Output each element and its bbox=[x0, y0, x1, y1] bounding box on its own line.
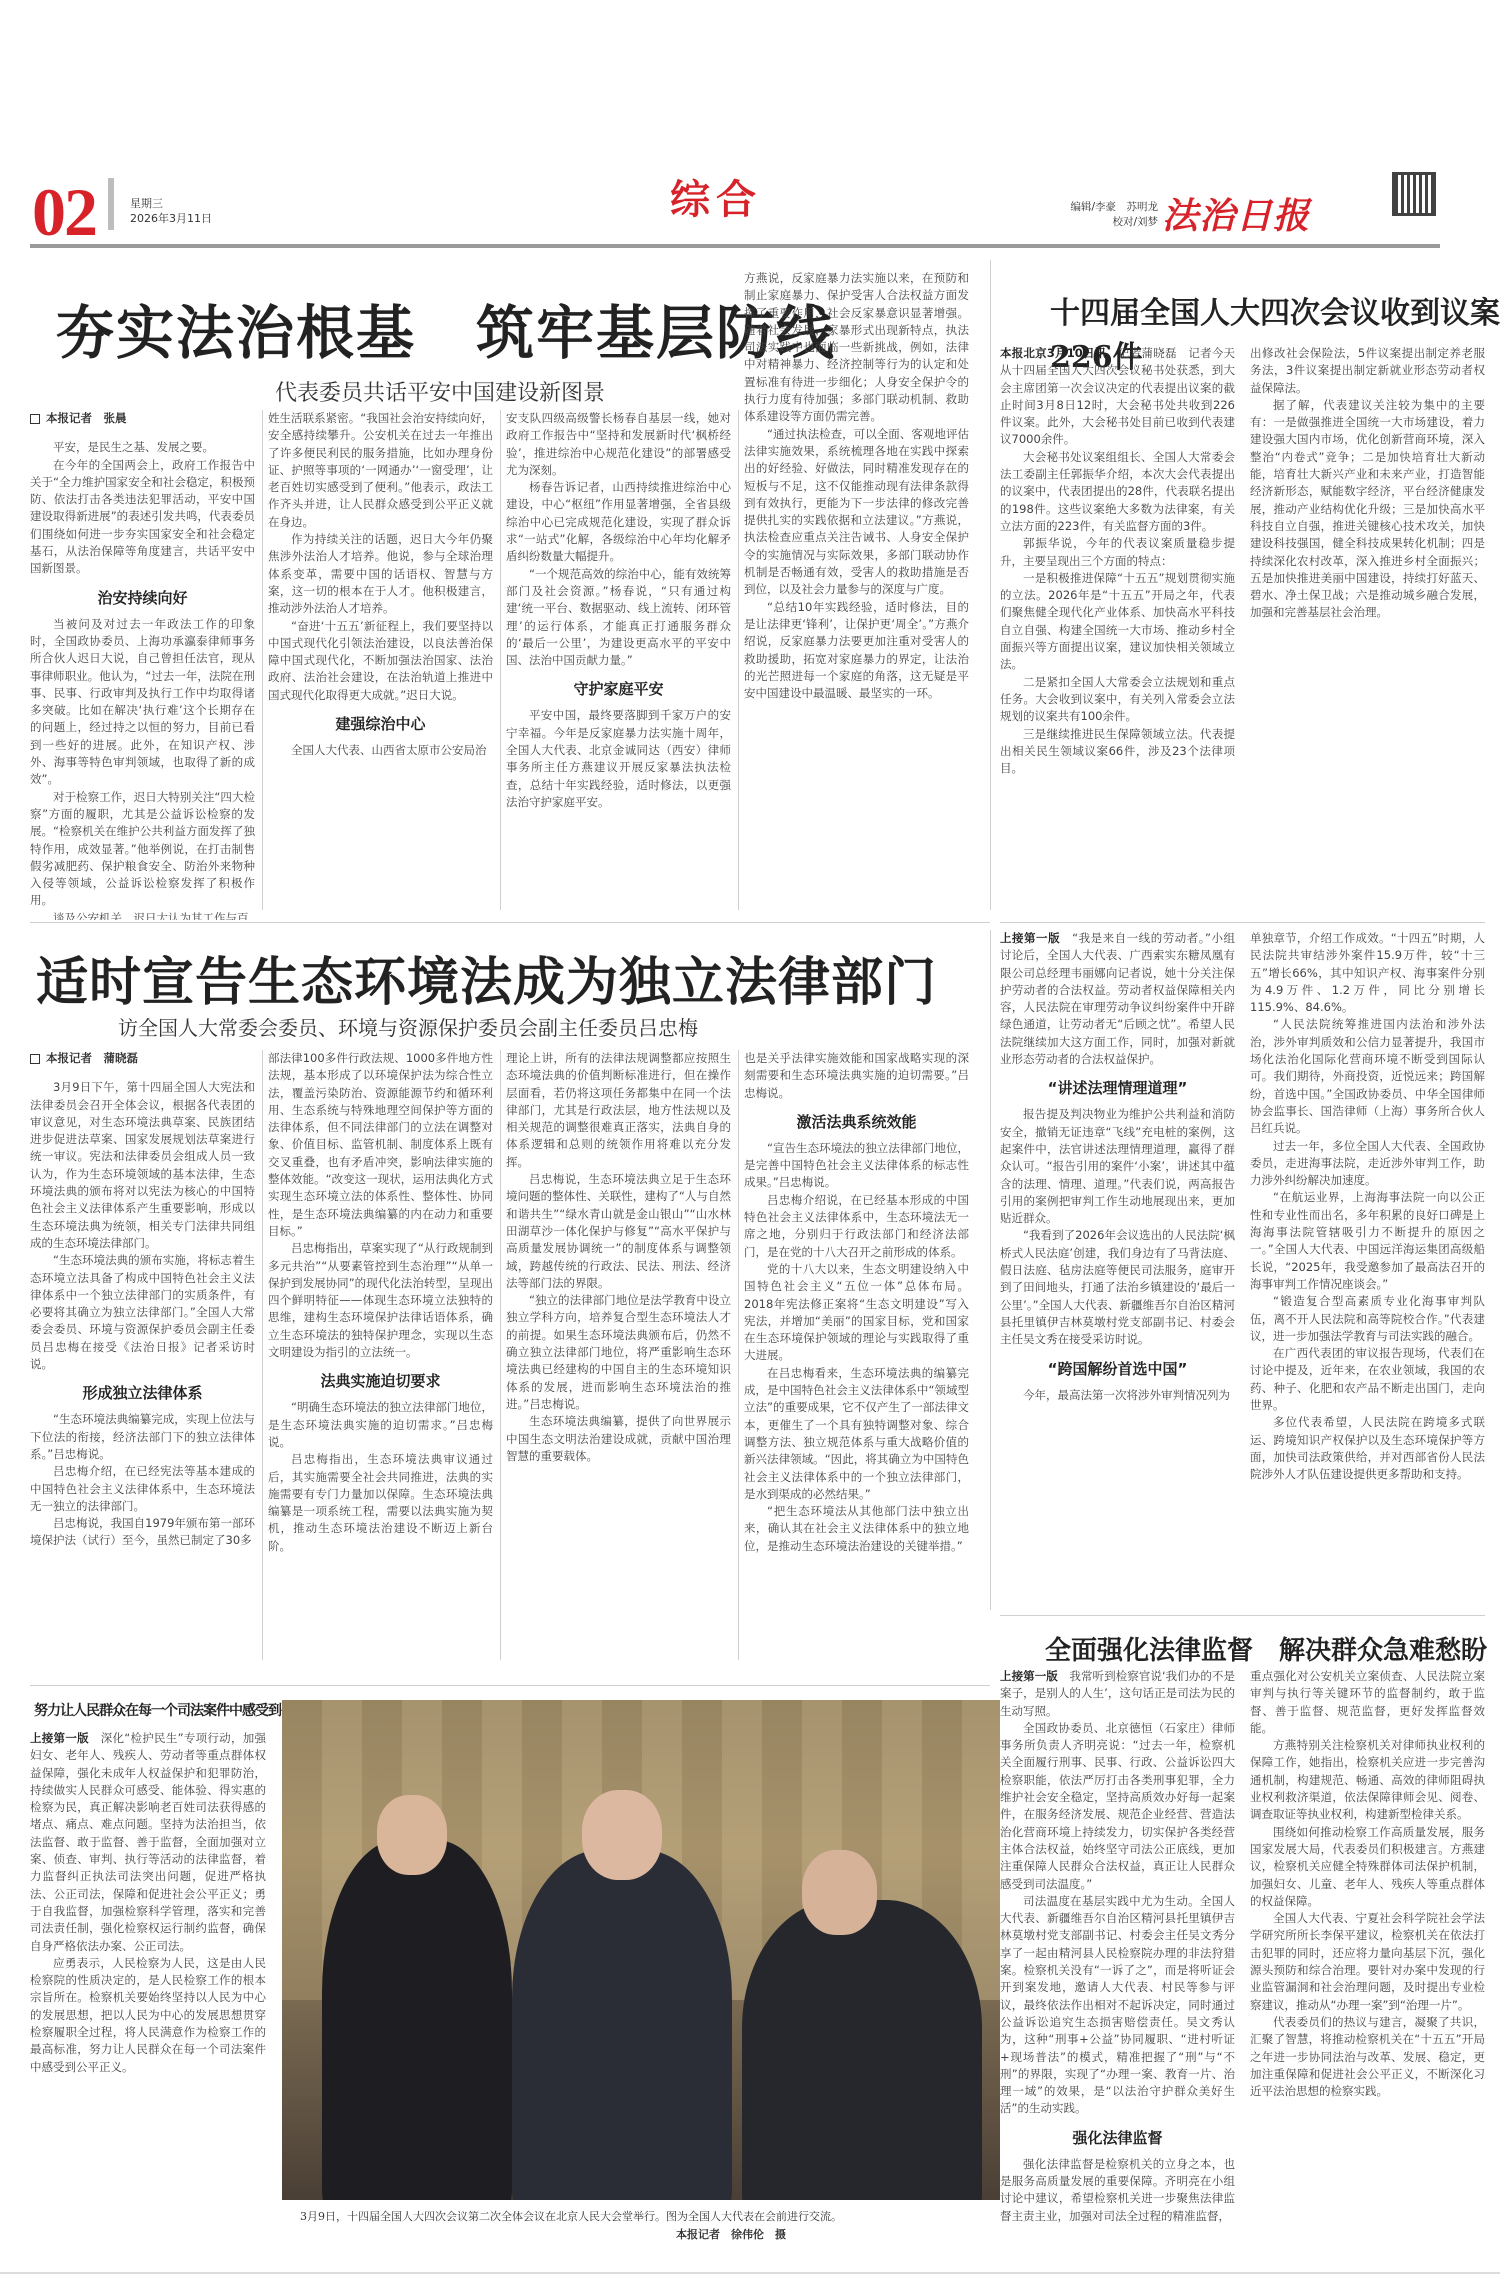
person-figure bbox=[512, 1850, 732, 2200]
paragraph: 一是积极推进保障“十五五”规划贯彻实施的立法。2026年是“十五五”开局之年，代… bbox=[1000, 570, 1235, 674]
paragraph: 司法温度在基层实践中尤为生动。全国人大代表、新疆维吾尔自治区精河县托里镇伊吉林莫… bbox=[1000, 1893, 1235, 2118]
article1-byline: 本报记者 张晨 bbox=[30, 410, 255, 427]
subheading: 激活法典系统效能 bbox=[744, 1112, 969, 1132]
paragraph: 强化法律监督是检察机关的立身之本，也是服务高质量发展的重要保障。齐明亮在小组讨论… bbox=[1000, 2156, 1235, 2225]
continued-label: 上接第一版 bbox=[30, 1731, 89, 1745]
article5-column-2: 重点强化对公安机关立案侦查、人民法院立案审判与执行等关键环节的监督制约，敢于监督… bbox=[1250, 1668, 1485, 2268]
paragraph: 出修改社会保险法，5件议案提出制定养老服务法，3件议案提出制定新就业形态劳动者权… bbox=[1250, 345, 1485, 397]
article3-subheadline: 访全国人大常委会委员、环境与资源保护委员会副主任委员吕忠梅 bbox=[118, 1012, 698, 1041]
paragraph: 多位代表希望，人民法院在跨境多式联运、跨境知识产权保护以及生态环境保护等方面，加… bbox=[1250, 1414, 1485, 1483]
paragraph: 对于检察工作，迟日大特别关注“四大检察”方面的履职，尤其是公益诉讼检察的发展。“… bbox=[30, 789, 255, 910]
dateline: 本报北京3月10日讯 bbox=[1000, 346, 1106, 360]
square-icon bbox=[30, 1054, 40, 1064]
paragraph: 部法律100多件行政法规、1000多件地方性法规，基本形成了以环境保护法为综合性… bbox=[268, 1050, 493, 1240]
weekday: 星期三 bbox=[130, 196, 212, 211]
person-figure bbox=[322, 1840, 512, 2200]
photo-credit: 本报记者 徐伟伦 摄 bbox=[676, 2226, 786, 2242]
paragraph: 三是继续推进民生保障领域立法。代表提出相关民生领域议案66件，涉及23个法律项目… bbox=[1000, 726, 1235, 778]
section-divider bbox=[30, 922, 990, 923]
editor-credits: 编辑/李豪 苏明龙 校对/刘梦 bbox=[1040, 200, 1158, 230]
paragraph: 报告提及判决物业为维护公共利益和消防安全，撤销无证违章“飞线”充电桩的案例，这起… bbox=[1000, 1106, 1235, 1227]
article5-headline: 全面强化法律监督 解决群众急难愁盼 bbox=[1045, 1630, 1487, 1667]
paragraph: “在航运业界，上海海事法院一向以公正性和专业性而出名，多年积累的良好口碑是上海海… bbox=[1250, 1189, 1485, 1293]
paragraph: 吕忠梅介绍，在已经宪法等基本建成的中国特色社会主义法律体系中，生态环境法无一独立… bbox=[30, 1463, 255, 1515]
paragraph: “奋进‘十五五’新征程上，我们要坚持以中国式现代化引领法治建设，以良法善治保障中… bbox=[268, 618, 493, 704]
paragraph: 党的十八大以来，生态文明建设纳入中国特色社会主义“五位一体”总体布局。2018年… bbox=[744, 1261, 969, 1365]
paragraph: 吕忠梅说，我国自1979年颁布第一部环境保护法（试行）至今，虽然已制定了30多 bbox=[30, 1515, 255, 1550]
subheading: 法典实施迫切要求 bbox=[268, 1371, 493, 1391]
paragraph: 当被问及对过去一年政法工作的印象时，全国政协委员、上海功承瀛泰律师事务所合伙人迟… bbox=[30, 616, 255, 789]
paragraph: “一个规范高效的综治中心，能有效统筹部门及社会资源。”杨春说，“只有通过构建‘统… bbox=[506, 566, 731, 670]
paragraph: 作为持续关注的话题，迟日大今年仍聚焦涉外法治人才培养。他说，参与全球治理体系变革… bbox=[268, 531, 493, 617]
column-divider bbox=[262, 1050, 263, 1660]
paragraph: 理论上讲，所有的法律法规调整都应按照生态环境法典的价值判断标准进行，但在操作层面… bbox=[506, 1050, 731, 1171]
paragraph: 全国人大代表、山西省太原市公安局治 bbox=[268, 742, 493, 759]
paragraph: “我看到了2026年会议选出的人民法院‘枫桥式人民法庭’创建，我们身边有了马背法… bbox=[1000, 1227, 1235, 1348]
qr-code-icon[interactable] bbox=[1392, 172, 1436, 216]
masthead-divider bbox=[108, 178, 114, 230]
person-face bbox=[802, 1850, 877, 1935]
article3-column-3: 理论上讲，所有的法律法规调整都应按照生态环境法典的价值判断标准进行，但在操作层面… bbox=[506, 1050, 731, 1670]
paragraph: 3月9日下午，第十四届全国人大宪法和法律委员会召开全体会议，根据各代表团的审议意… bbox=[30, 1079, 255, 1252]
paragraph: 今年，最高法第一次将涉外审判情况列为 bbox=[1000, 1387, 1235, 1404]
paragraph: 方燕说，反家庭暴力法实施以来，在预防和制止家庭暴力、保护受害人合法权益方面发挥了… bbox=[744, 270, 969, 426]
paragraph: “明确生态环境法的独立法律部门地位，是生态环境法典实施的迫切需求。”吕忠梅说。 bbox=[268, 1399, 493, 1451]
paragraph: 方燕特别关注检察机关对律师执业权利的保障工作，她指出，检察机关应进一步完善沟通机… bbox=[1250, 1737, 1485, 1823]
paragraph: 吕忠梅说，生态环境法典立足于生态环境问题的整体性、关联性，建构了“人与自然和谐共… bbox=[506, 1171, 731, 1292]
continued-label: 上接第一版 bbox=[1000, 1669, 1058, 1683]
column-divider bbox=[500, 1050, 501, 1660]
photo-caption: 3月9日，十四届全国人大四次会议第二次全体会议在北京人民大会堂举行。图为全国人大… bbox=[300, 2208, 842, 2224]
paragraph: 全国政协委员、北京德恒（石家庄）律师事务所负责人齐明亮说：“过去一年，检察机关全… bbox=[1000, 1720, 1235, 1893]
paragraph: “人民法院统筹推进国内法治和涉外法治，涉外审判质效和公信力显著提升，我国市场化法… bbox=[1250, 1016, 1485, 1137]
article3-column-1: 本报记者 蒲晓磊 3月9日下午，第十四届全国人大宪法和法律委员会召开全体会议，根… bbox=[30, 1050, 255, 1670]
paragraph: 单独章节，介绍工作成效。“十四五”时期，人民法院共审结涉外案件15.9万件，较“… bbox=[1250, 930, 1485, 1016]
article4-column-2: 单独章节，介绍工作成效。“十四五”时期，人民法院共审结涉外案件15.9万件，较“… bbox=[1250, 930, 1485, 1610]
paragraph: 生态环境法典编纂，提供了向世界展示中国生态文明法治建设成就，贡献中国治理智慧的重… bbox=[506, 1413, 731, 1465]
paragraph: 谈及公安机关，迟日大认为其工作与百 bbox=[30, 910, 255, 920]
paragraph: “总结10年实践经验，适时修法，目的是让法律更‘锋利’，让保护更‘周全’。”方燕… bbox=[744, 599, 969, 703]
paragraph: 郭振华说，今年的代表议案质量稳步提升，主要呈现出三个方面的特点： bbox=[1000, 535, 1235, 570]
subheading: 形成独立法律体系 bbox=[30, 1383, 255, 1403]
article3-column-2: 部法律100多件行政法规、1000多件地方性法规，基本形成了以环境保护法为综合性… bbox=[268, 1050, 493, 1670]
newspaper-logo: 法治日报 bbox=[1162, 188, 1310, 239]
date: 2026年3月11日 bbox=[130, 211, 212, 226]
paragraph: 代表委员们的热议与建言，凝聚了共识，汇聚了智慧，将推动检察机关在“十五五”开局之… bbox=[1250, 2014, 1485, 2100]
subheading: 治安持续向好 bbox=[30, 588, 255, 608]
person-figure bbox=[742, 1900, 982, 2200]
paragraph: “把生态环境法从其他部门法中独立出来，确认其在社会主义法律体系中的独立地位，是推… bbox=[744, 1503, 969, 1555]
paragraph: “生态环境法典的颁布实施，将标志着生态环境立法具备了构成中国特色社会主义法律体系… bbox=[30, 1252, 255, 1373]
paragraph: 吕忠梅指出，草案实现了“从行政规制到多元共治”“从要素管控到生态治理”“从单一保… bbox=[268, 1240, 493, 1361]
paragraph: 在吕忠梅看来，生态环境法典的编纂完成，是中国特色社会主义法律体系中“领域型立法”… bbox=[744, 1365, 969, 1503]
paragraph: “通过执法检查，可以全面、客观地评估法律实施效果，系统梳理各地在实践中探索出的好… bbox=[744, 426, 969, 599]
article1-column-4: 方燕说，反家庭暴力法实施以来，在预防和制止家庭暴力、保护受害人合法权益方面发挥了… bbox=[744, 270, 969, 920]
paragraph: 二是紧扣全国人大常委会立法规划和重点任务。大会收到议案中，有关列入常委会立法规划… bbox=[1000, 674, 1235, 726]
article1-column-1: 本报记者 张晨 平安，是民生之基、发展之要。 在今年的全国两会上，政府工作报告中… bbox=[30, 410, 255, 920]
article1-headline: 夯实法治根基 筑牢基层防线 bbox=[56, 286, 836, 370]
article4-column-1: 上接第一版 “我是来自一线的劳动者。”小组讨论后，全国人大代表、广西索实东糖凤凰… bbox=[1000, 930, 1235, 1610]
article2-column-1: 本报北京3月10日讯 记者蒲晓磊 记者今天从十四届全国人大四次会议秘书处获悉，到… bbox=[1000, 345, 1235, 910]
paragraph: 平安，是民生之基、发展之要。 bbox=[30, 439, 255, 456]
paragraph: 在广西代表团的审议报告现场，代表们在讨论中提及，近年来，在农业领域，我国的农药、… bbox=[1250, 1345, 1485, 1414]
article1-column-3: 安支队四级高级警长杨春自基层一线，她对政府工作报告中“坚持和发展新时代‘枫桥经验… bbox=[506, 410, 731, 920]
paragraph: 大会秘书处议案组组长、全国人大常委会法工委副主任郭振华介绍，本次大会代表提出的议… bbox=[1000, 449, 1235, 535]
column-divider bbox=[738, 410, 739, 910]
column-divider bbox=[262, 410, 263, 910]
paragraph: 姓生活联系紧密。“我国社会治安持续向好，安全感持续攀升。公安机关在过去一年推出了… bbox=[268, 410, 493, 531]
paragraph: 平安中国，最终要落脚到千家万户的安宁幸福。今年是反家庭暴力法实施十周年，全国人大… bbox=[506, 707, 731, 811]
header-rule bbox=[30, 244, 1440, 248]
paragraph: 重点强化对公安机关立案侦查、人民法院立案审判与执行等关键环节的监督制约，敢于监督… bbox=[1250, 1668, 1485, 1737]
paragraph: 应勇表示，人民检察为人民，这是由人民检察院的性质决定的，是人民检察工作的根本宗旨… bbox=[30, 1955, 266, 2076]
paragraph: 据了解，代表建议关注较为集中的主要有：一是做强推进全国统一大市场建设，着力建设强… bbox=[1250, 397, 1485, 622]
article5-column-1: 上接第一版 我常听到检察官说‘我们办的不是案子，是别人的人生’，这句话正是司法为… bbox=[1000, 1668, 1235, 2268]
article6-column: 上接第一版 深化“检护民生”专项行动，加强妇女、老年人、残疾人、劳动者等重点群体… bbox=[30, 1730, 266, 2270]
paragraph: 吕忠梅介绍说，在已经基本形成的中国特色社会主义法律体系中，生态环境法无一席之地，… bbox=[744, 1192, 969, 1261]
paragraph: 围绕如何推动检察工作高质量发展，服务国家发展大局，代表委员们积极建言。方燕建议，… bbox=[1250, 1824, 1485, 1910]
paragraph: “宣告生态环境法的独立法律部门地位，是完善中国特色社会主义法律体系的标志性成果。… bbox=[744, 1140, 969, 1192]
subheading: 守护家庭平安 bbox=[506, 679, 731, 699]
section-divider bbox=[1000, 1615, 1485, 1616]
paragraph: 过去一年，多位全国人大代表、全国政协委员，走进海事法院，走近涉外审判工作，助力涉… bbox=[1250, 1138, 1485, 1190]
paragraph: “独立的法律部门地位是法学教育中设立独立学科方向，培养复合型生态环境法人才的前提… bbox=[506, 1292, 731, 1413]
news-photo bbox=[282, 1700, 1000, 2200]
reporter: 记者蒲晓磊 bbox=[1118, 346, 1177, 360]
paragraph: 在今年的全国两会上，政府工作报告中关于“全力维护国家安全和社会稳定，积极预防、依… bbox=[30, 457, 255, 578]
section-divider bbox=[30, 1685, 990, 1686]
column-divider bbox=[500, 410, 501, 910]
article3-column-4: 也是关乎法律实施效能和国家战略实现的深刻需要和生态环境法典实施的迫切需要。”吕忠… bbox=[744, 1050, 969, 1670]
subheading: “跨国解纷首选中国” bbox=[1000, 1359, 1235, 1379]
paragraph: 也是关乎法律实施效能和国家战略实现的深刻需要和生态环境法典实施的迫切需要。”吕忠… bbox=[744, 1050, 969, 1102]
person-face bbox=[582, 1790, 662, 1880]
page-number: 02 bbox=[32, 178, 96, 246]
issue-date: 星期三 2026年3月11日 bbox=[130, 196, 212, 226]
editors: 编辑/李豪 苏明龙 bbox=[1040, 200, 1158, 215]
footer-rule bbox=[0, 2272, 1500, 2274]
paragraph: 全国人大代表、宁夏社会科学院社会学法学研究所所长李保平建议，检察机关在依法打击犯… bbox=[1250, 1910, 1485, 2014]
proofreader: 校对/刘梦 bbox=[1040, 215, 1158, 230]
column-divider bbox=[990, 930, 991, 1610]
paragraph: “生态环境法典编纂完成，实现上位法与下位法的衔接，经济法部门下的独立法律体系。”… bbox=[30, 1411, 255, 1463]
paragraph: “锻造复合型高素质专业化海事审判队伍，离不开人民法院和高等院校合作。”代表建议，… bbox=[1250, 1293, 1485, 1345]
subheading: 强化法律监督 bbox=[1000, 2128, 1235, 2148]
subheading: 建强综治中心 bbox=[268, 714, 493, 734]
article1-column-2: 姓生活联系紧密。“我国社会治安持续向好，安全感持续攀升。公安机关在过去一年推出了… bbox=[268, 410, 493, 920]
article2-column-2: 出修改社会保险法，5件议案提出制定养老服务法，3件议案提出制定新就业形态劳动者权… bbox=[1250, 345, 1485, 910]
paragraph: 安支队四级高级警长杨春自基层一线，她对政府工作报告中“坚持和发展新时代‘枫桥经验… bbox=[506, 410, 731, 479]
section-divider bbox=[1000, 922, 1485, 923]
paragraph: 杨春告诉记者，山西持续推进综治中心建设，中心“枢纽”作用显著增强，全省县级综治中… bbox=[506, 479, 731, 565]
column-divider bbox=[738, 1050, 739, 1660]
article3-byline: 本报记者 蒲晓磊 bbox=[30, 1050, 255, 1067]
article3-headline: 适时宣告生态环境法成为独立法律部门 bbox=[36, 940, 937, 1015]
subheading: “讲述法理情理道理” bbox=[1000, 1078, 1235, 1098]
article1-subheadline: 代表委员共话平安中国建设新图景 bbox=[275, 376, 605, 407]
continued-label: 上接第一版 bbox=[1000, 931, 1060, 945]
section-title: 综合 bbox=[670, 168, 762, 225]
column-divider bbox=[990, 260, 991, 910]
paragraph: 吕忠梅指出，生态环境法典审议通过后，其实施需要全社会共同推进，法典的实施需要有专… bbox=[268, 1451, 493, 1555]
person-face bbox=[377, 1795, 447, 1875]
square-icon bbox=[30, 414, 40, 424]
